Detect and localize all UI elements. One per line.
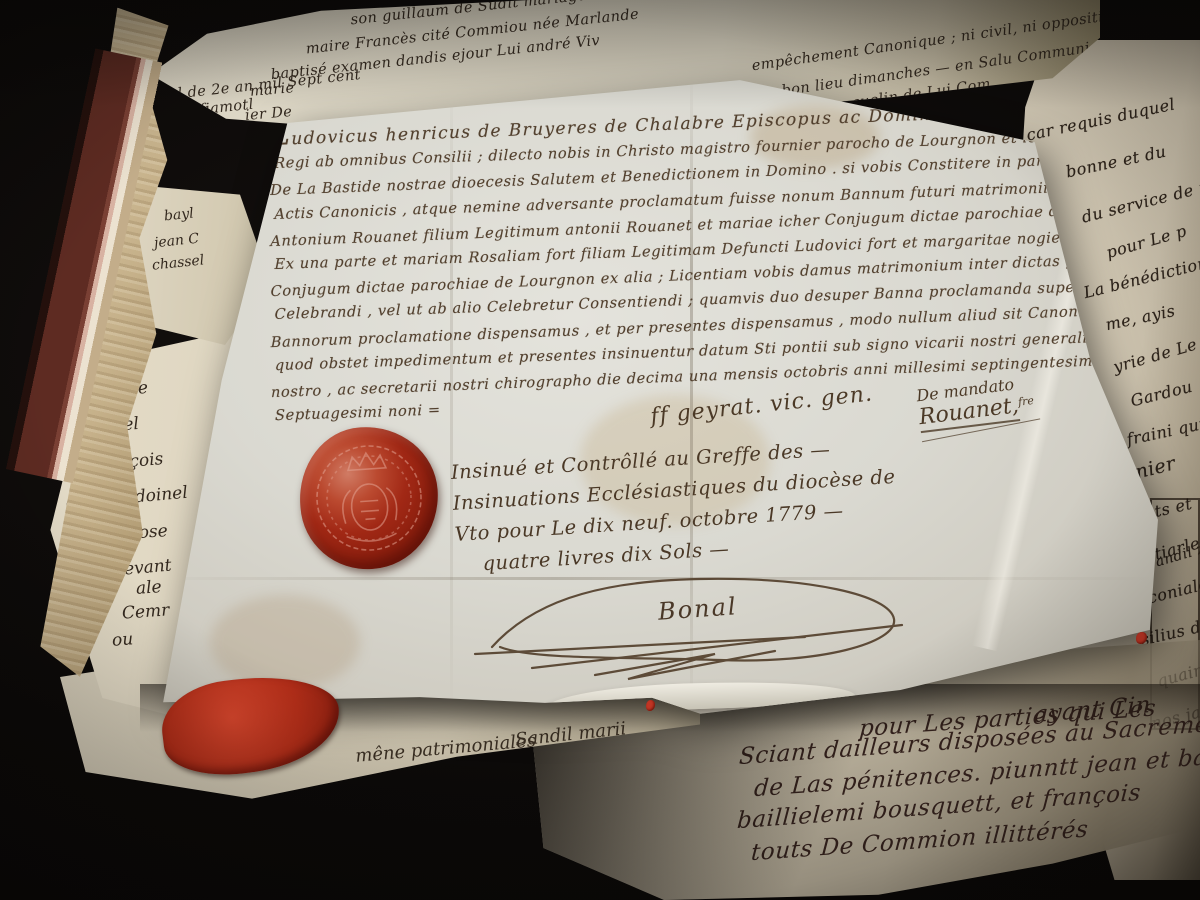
signature-name: Bonal: [657, 592, 738, 625]
paper-stain: [210, 595, 360, 690]
dispensation-document: Ludovicus henricus de Bruyeres de Chalab…: [150, 75, 1160, 715]
fold-curl: [545, 678, 856, 715]
seal-crest: [295, 422, 443, 573]
registration-note: Insinué et Contrôllé au Greffe des — Ins…: [450, 430, 900, 581]
photo-of-open-register: car requis duquel bonne et du du service…: [0, 0, 1200, 900]
red-wax-seal: [295, 422, 443, 573]
signature-suffix: fre: [1017, 394, 1034, 409]
bishop-signature-flourish: [470, 567, 910, 682]
